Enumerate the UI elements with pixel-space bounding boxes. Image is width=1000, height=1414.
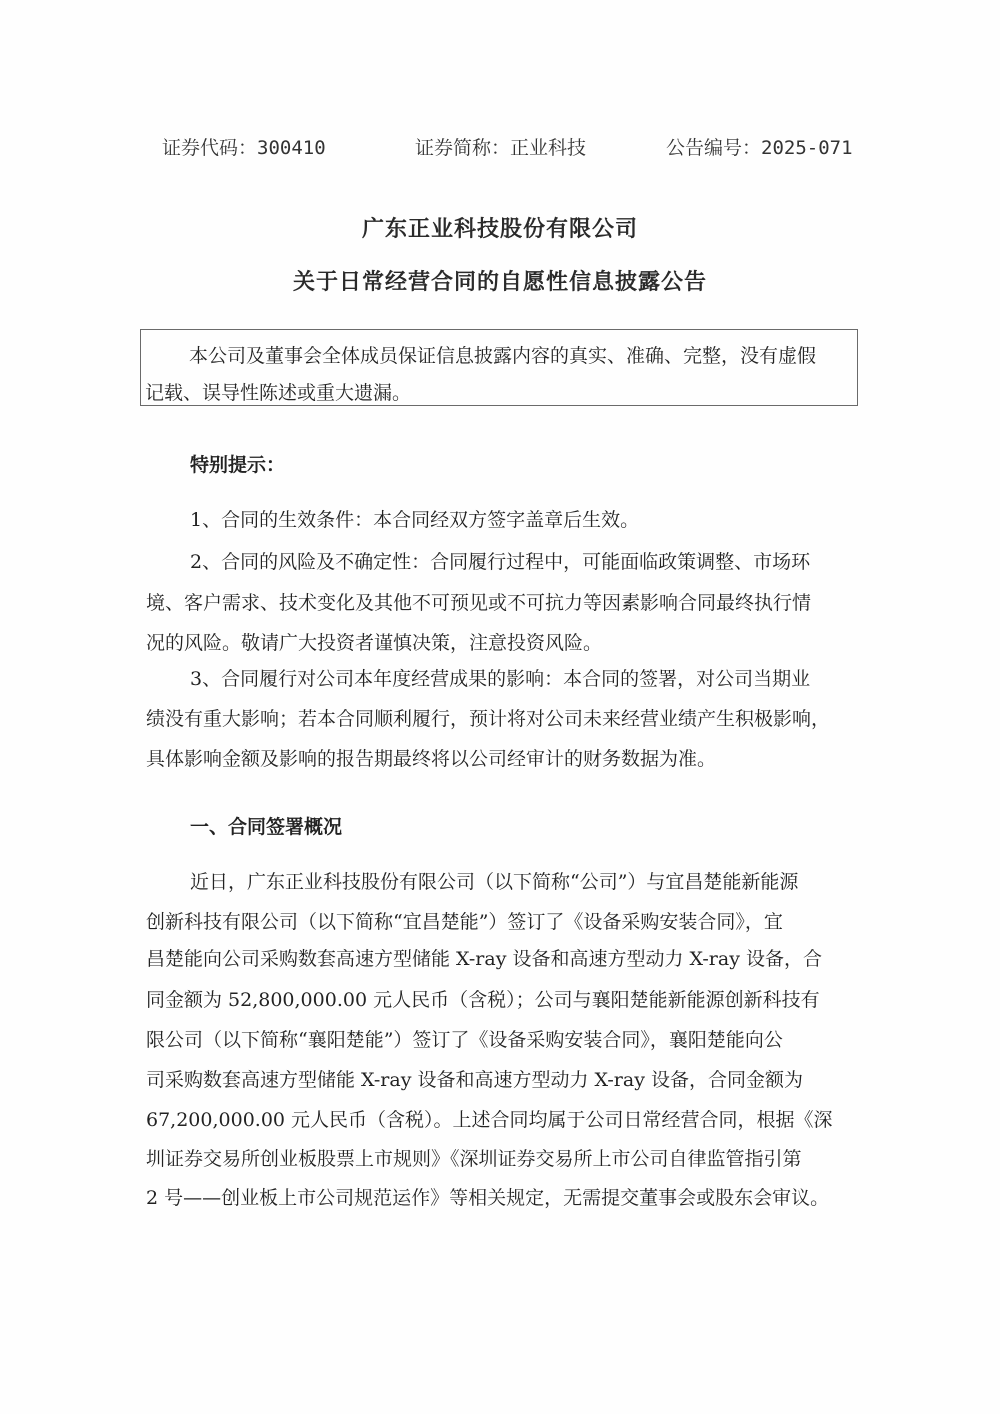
note-item-2-line: 2、合同的风险及不确定性：合同履行过程中，可能面临政策调整、市场环 [190,547,810,577]
document-page: 证券代码：300410 证券简称：正业科技 公告编号：2025-071 广东正业… [0,0,1000,1414]
section-1-heading: 一、合同签署概况 [190,812,342,842]
section-1-line: 圳证券交易所创业板股票上市规则》《深圳证券交易所上市公司自律监管指引第 [146,1144,802,1174]
note-item-2-line: 况的风险。敬请广大投资者谨慎决策，注意投资风险。 [146,628,602,658]
section-1-line: 昌楚能向公司采购数套高速方型储能 X-ray 设备和高速方型动力 X-ray 设… [146,944,822,974]
note-item-3-line: 绩没有重大影响；若本合同顺利履行，预计将对公司未来经营业绩产生积极影响， [146,704,830,734]
security-abbreviation: 证券简称：正业科技 [415,133,586,160]
section-1-line: 限公司（以下简称“襄阳楚能”）签订了《设备采购安装合同》，襄阳楚能向公 [146,1025,783,1055]
note-item-3-line: 3、合同履行对公司本年度经营成果的影响：本合同的签署，对公司当期业 [190,664,810,694]
board-guarantee-box: 本公司及董事会全体成员保证信息披露内容的真实、准确、完整，没有虚假 记载、误导性… [140,329,858,406]
company-title: 广东正业科技股份有限公司 [0,212,1000,243]
announcement-header: 证券代码：300410 证券简称：正业科技 公告编号：2025-071 [162,133,852,161]
section-1-line: 近日，广东正业科技股份有限公司（以下简称“公司”）与宜昌楚能新能源 [190,867,798,897]
note-item-3-line: 具体影响金额及影响的报告期最终将以公司经审计的财务数据为准。 [146,744,716,774]
section-1-line: 2 号——创业板上市公司规范运作》等相关规定，无需提交董事会或股东会审议。 [146,1183,829,1213]
section-1-line: 创新科技有限公司（以下简称“宜昌楚能”）签订了《设备采购安装合同》，宜 [146,907,783,937]
notice-line: 本公司及董事会全体成员保证信息披露内容的真实、准确、完整，没有虚假 [189,337,816,376]
section-1-line: 同金额为 52,800,000.00 元人民币（含税）；公司与襄阳楚能新能源创新… [146,985,820,1015]
note-item-1: 1、合同的生效条件：本合同经双方签字盖章后生效。 [190,505,639,535]
security-code: 证券代码：300410 [162,133,326,160]
note-item-2-line: 境、客户需求、技术变化及其他不可预见或不可抗力等因素影响合同最终执行情 [146,588,811,618]
announcement-title: 关于日常经营合同的自愿性信息披露公告 [0,265,1000,296]
notice-line: 记载、误导性陈述或重大遗漏。 [145,374,411,413]
special-notes-heading: 特别提示： [190,450,285,480]
section-1-line: 67,200,000.00 元人民币（含税）。上述合同均属于公司日常经营合同，根… [146,1105,833,1135]
section-1-line: 司采购数套高速方型储能 X-ray 设备和高速方型动力 X-ray 设备，合同金… [146,1065,803,1095]
announcement-number: 公告编号：2025-071 [666,133,853,160]
